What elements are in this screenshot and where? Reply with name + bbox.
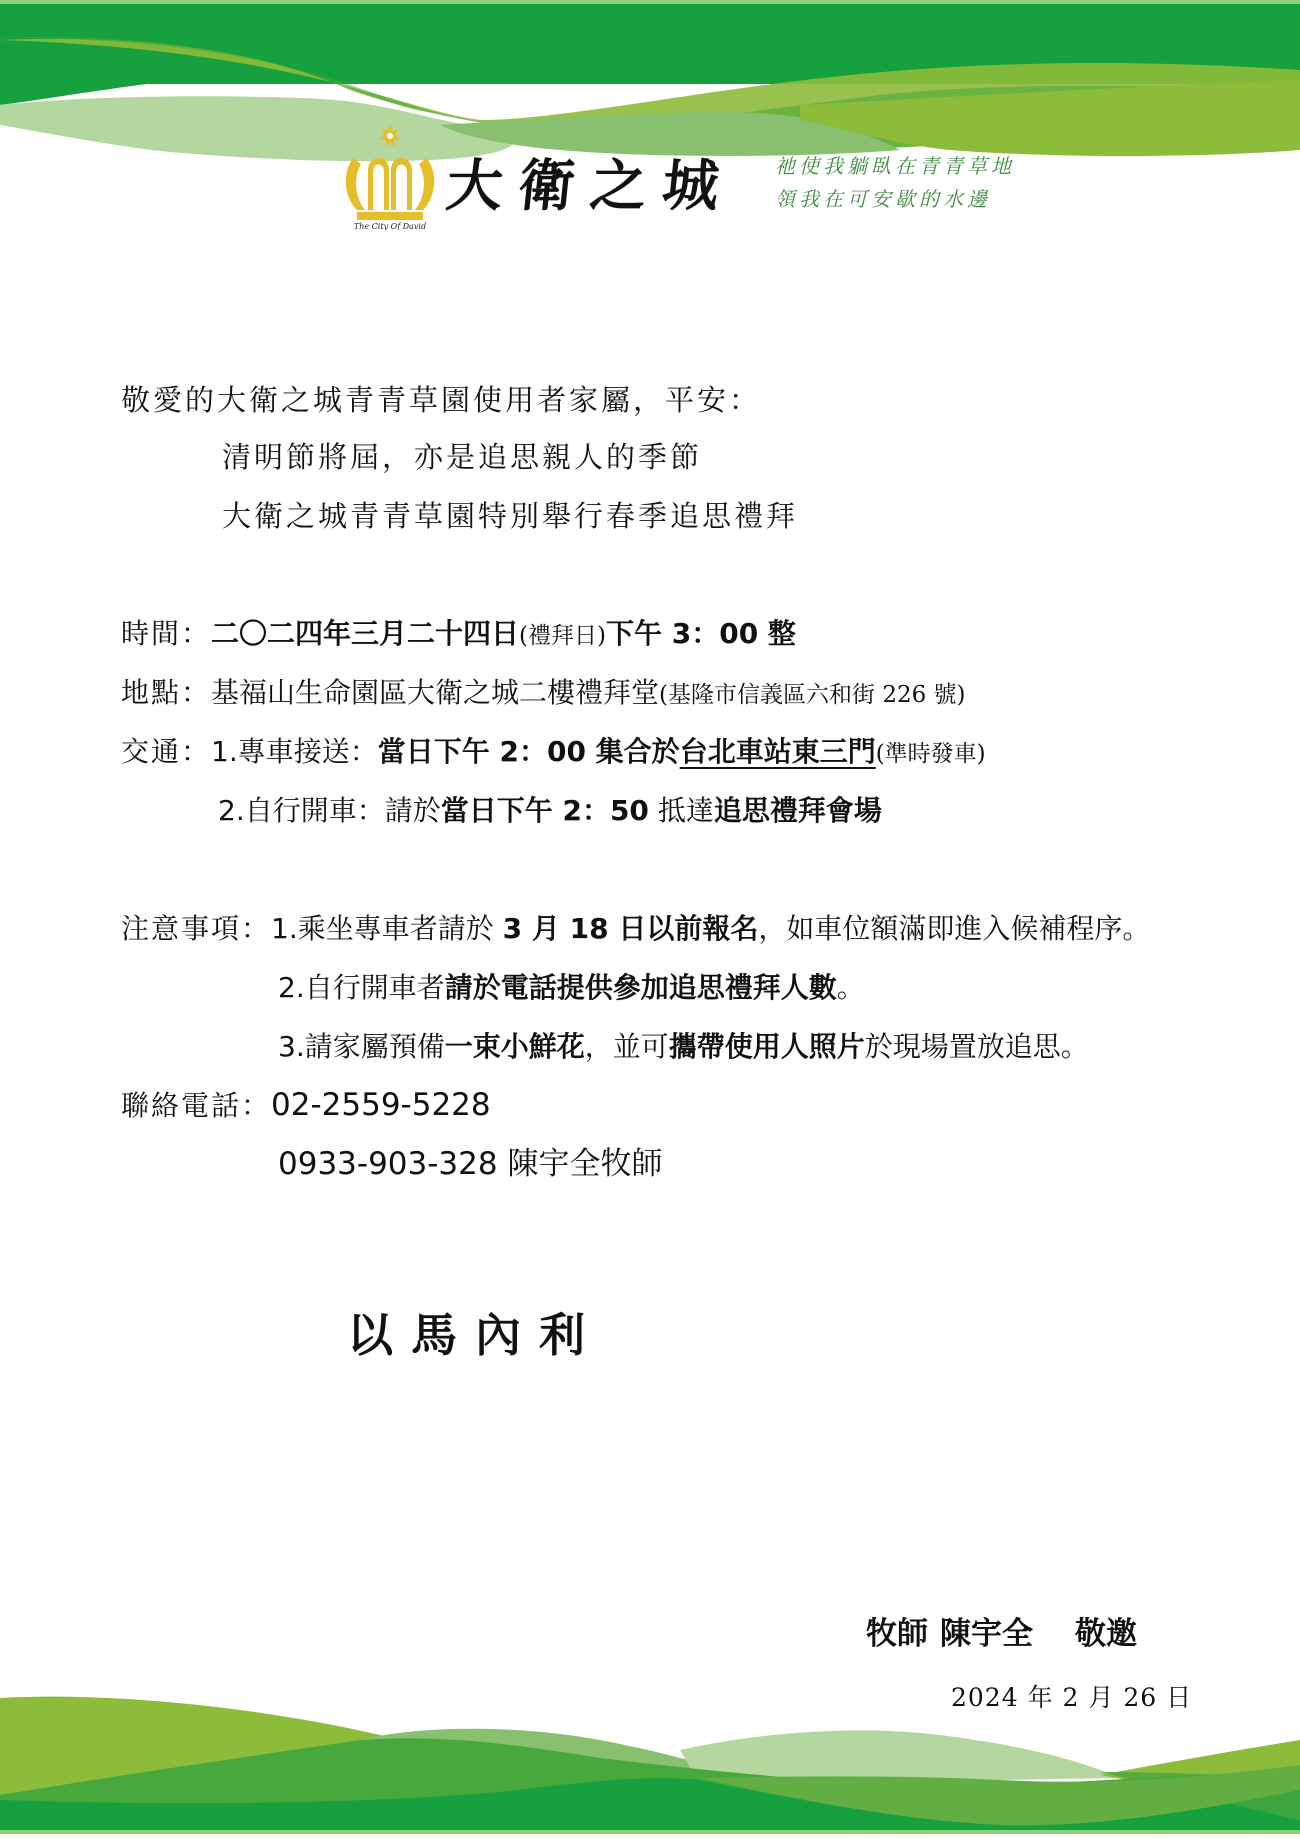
note-2-suffix: 。 xyxy=(837,971,865,1004)
motto-line-2: 領我在可安歇的水邊 xyxy=(775,183,1015,216)
transport-row-self-drive: 2.自行開車：請於當日下午 2：50 抵達追思禮拜會場 xyxy=(218,791,882,831)
contact-row-2: 0933-903-328 陳宇全牧師 xyxy=(278,1144,662,1185)
contact-phone-2[interactable]: 0933-903-328 陳宇全牧師 xyxy=(278,1146,662,1182)
signer-action: 敬邀 xyxy=(1075,1616,1137,1652)
note-item-3: 3.請家屬預備一束小鮮花，並可攜帶使用人照片於現場置放追思。 xyxy=(278,1027,1089,1067)
transport-label: 交通： xyxy=(121,735,211,768)
shuttle-note: (準時發車) xyxy=(876,741,986,767)
place-label: 地點： xyxy=(121,676,211,709)
self-drive-mid: 抵達 xyxy=(649,794,714,827)
place-row: 地點：基福山生命園區大衛之城二樓禮拜堂(基隆市信義區六和街 226 號) xyxy=(121,673,966,715)
contact-row: 聯絡電話：02-2559-5228 xyxy=(121,1085,491,1126)
note-3-prefix: 3.請家屬預備 xyxy=(278,1030,445,1063)
note-1-prefix: 1.乘坐專車者請於 xyxy=(271,912,503,945)
brand-title: 大衛之城 xyxy=(443,142,739,222)
note-2-bold: 請於電話提供參加追思禮拜人數 xyxy=(445,971,837,1004)
svg-text:The City Of David: The City Of David xyxy=(354,222,426,230)
note-item-1: 注意事項：1.乘坐專車者請於 3 月 18 日以前報名，如車位額滿即進入候補程序… xyxy=(121,909,1150,949)
self-drive-destination: 追思禮拜會場 xyxy=(714,794,882,827)
contact-label: 聯絡電話： xyxy=(121,1089,271,1122)
signer-title: 牧師 xyxy=(866,1616,928,1652)
note-1-deadline: 3 月 18 日以前報名 xyxy=(503,912,759,945)
intro-line-1: 清明節將屆，亦是追思親人的季節 xyxy=(222,437,702,477)
note-2-prefix: 2.自行開車者 xyxy=(278,971,445,1004)
time-hour: 下午 3：00 整 xyxy=(606,617,796,650)
letterhead: The City Of David 大衛之城 祂使我躺臥在青青草地 領我在可安歇… xyxy=(335,120,1035,230)
motto: 祂使我躺臥在青青草地 領我在可安歇的水邊 xyxy=(775,150,1015,216)
closing-blessing: 以馬內利 xyxy=(347,1305,603,1365)
notes-label: 注意事項： xyxy=(121,912,271,945)
crown-star-icon: The City Of David xyxy=(335,120,445,230)
shuttle-meeting-point: 台北車站東三門 xyxy=(680,735,876,768)
note-item-2: 2.自行開車者請於電話提供參加追思禮拜人數。 xyxy=(278,968,865,1008)
bottom-wave-banner xyxy=(0,1680,1300,1838)
note-3-flowers: 一束小鮮花 xyxy=(445,1030,585,1063)
note-3-mid: ，並可 xyxy=(585,1030,669,1063)
time-day-note: (禮拜日) xyxy=(519,623,606,649)
note-3-photo: 攜帶使用人照片 xyxy=(669,1030,865,1063)
self-drive-prefix: 2.自行開車：請於 xyxy=(218,794,441,827)
signer-name: 陳宇全 xyxy=(940,1616,1033,1652)
time-row: 時間：二〇二四年三月二十四日(禮拜日)下午 3：00 整 xyxy=(121,614,796,656)
transport-row-shuttle: 交通：1.專車接送：當日下午 2：00 集合於台北車站東三門(準時發車) xyxy=(121,732,986,774)
self-drive-time: 當日下午 2：50 xyxy=(441,794,649,827)
note-3-suffix: 於現場置放追思。 xyxy=(865,1030,1089,1063)
time-date: 二〇二四年三月二十四日 xyxy=(211,617,519,650)
greeting: 敬愛的大衛之城青青草園使用者家屬，平安： xyxy=(121,380,761,420)
motto-line-1: 祂使我躺臥在青青草地 xyxy=(775,150,1015,183)
signature: 牧師陳宇全敬邀 xyxy=(866,1612,1137,1656)
place-venue: 基福山生命園區大衛之城二樓禮拜堂 xyxy=(211,676,659,709)
place-address: (基隆市信義區六和街 226 號) xyxy=(659,682,965,708)
intro-line-2: 大衛之城青青草園特別舉行春季追思禮拜 xyxy=(222,496,798,536)
shuttle-time: 當日下午 2：00 集合於 xyxy=(378,735,680,768)
note-1-suffix: ，如車位額滿即進入候補程序。 xyxy=(758,912,1150,945)
time-label: 時間： xyxy=(121,617,211,650)
shuttle-prefix: 1.專車接送： xyxy=(211,735,378,768)
contact-phone-1[interactable]: 02-2559-5228 xyxy=(271,1087,491,1123)
